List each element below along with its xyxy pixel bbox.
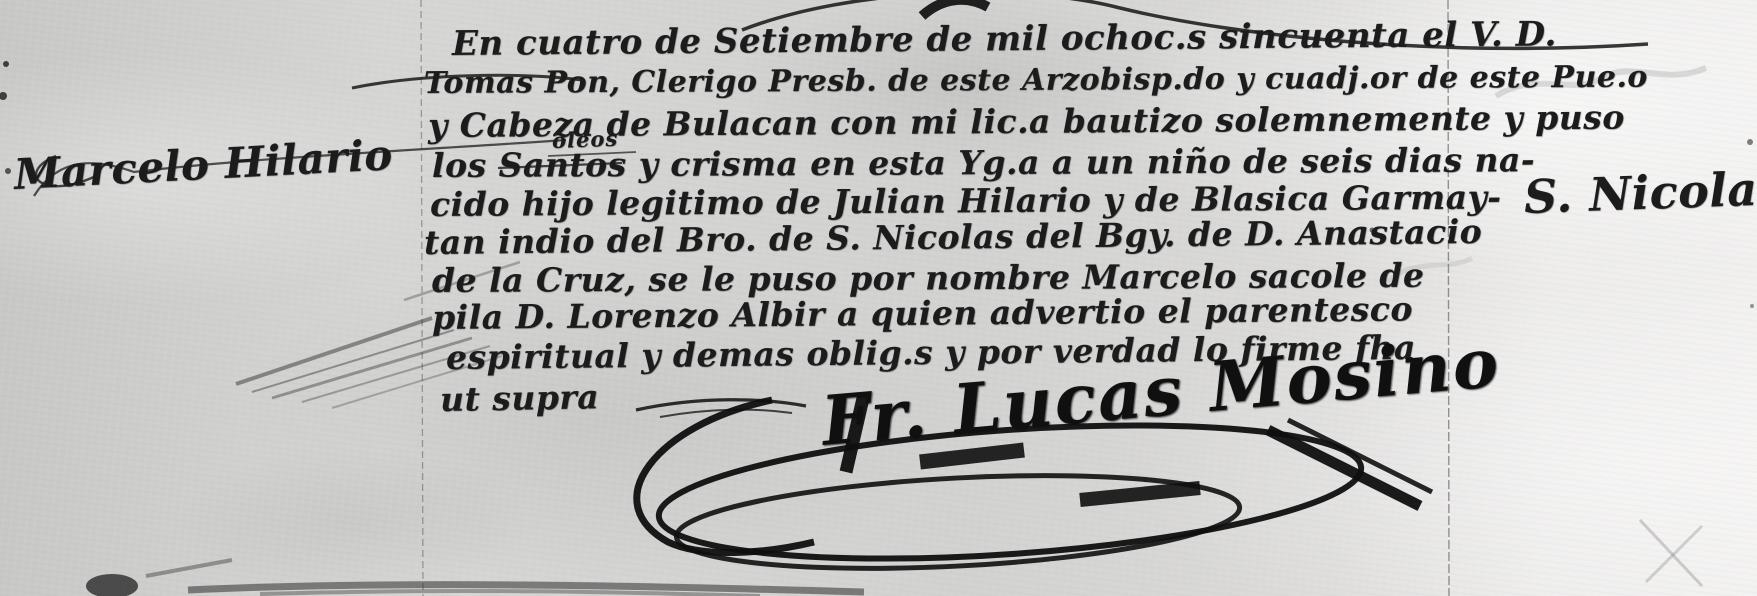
document-scan: Marcelo Hilario S. Nicolas En cuatro de … [0,0,1757,596]
ut-supra-dash [636,400,806,417]
body-line-10: ut supra [440,377,600,419]
ink-blot-bottom-left [86,560,232,596]
faint-cross-marks [1640,520,1702,586]
column-rule-left [421,0,423,596]
bottom-edge-smear [188,585,864,596]
margin-baptized-name: Marcelo Hilario [13,130,394,199]
body-line-1: En cuatro de Setiembre de mil ochoc.s si… [452,14,1557,64]
margin-barrio-name: S. Nicolas [1523,161,1757,224]
body-line-2: Tomas Pon, Clerigo Presb. de este Arzobi… [424,60,1648,101]
